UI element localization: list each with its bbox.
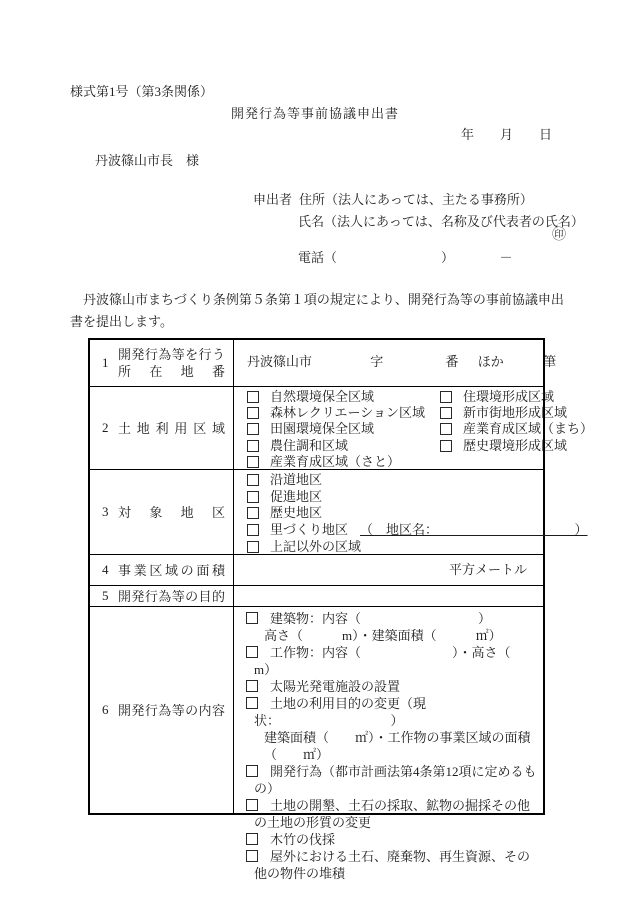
checkbox-option[interactable]: 工作物：内容（ ）・高さ（ m）: [246, 644, 537, 678]
table-row-land-use-zone: 2 土地利用区域 自然環境保全区域 森林レクリエーション区域 田園環境保全区域 …: [90, 386, 543, 469]
checkbox-option[interactable]: 新市街地形成区域: [427, 405, 593, 421]
applicant-phone-line: 電話（ ） －: [298, 250, 513, 266]
table-row-content: 6 開発行為等の内容 建築物：内容（ ） 高さ（ m）・建築面積（ ㎡） 工作物…: [90, 606, 543, 813]
option-label: 里づくり地区: [270, 522, 348, 538]
district-name-blank: （ 地区名： ）: [360, 522, 588, 538]
location-entry: 丹波篠山市 字 番 ほか 筆: [234, 340, 543, 386]
checkbox-option[interactable]: 促進地区: [234, 489, 543, 506]
checkbox-icon[interactable]: [440, 391, 452, 403]
seal-icon: ㊞: [552, 227, 566, 245]
checkbox-option[interactable]: 建築物：内容（ ）: [246, 610, 537, 627]
hoka-label: ほか: [478, 340, 504, 384]
addressee-line: 丹波篠山市長 様: [95, 153, 199, 169]
checkbox-option[interactable]: 沿道地区: [234, 472, 543, 489]
option-label: 開発行為（都市計画法第4条第12項に定めるもの）: [254, 764, 537, 796]
option-label: 木竹の伐採: [270, 832, 335, 847]
row-label: 土地利用区域: [118, 420, 225, 437]
checkbox-icon[interactable]: [247, 524, 259, 536]
option-label: 上記以外の区域: [270, 539, 361, 555]
option-label: 新市街地形成区域: [463, 405, 567, 421]
row-label: 事業区域の面積: [118, 562, 225, 579]
checkbox-option[interactable]: 屋外における土石、廃棄物、再生資源、その他の物件の堆積: [246, 848, 537, 882]
checkbox-icon[interactable]: [246, 646, 258, 658]
checkbox-option[interactable]: 歴史地区: [234, 505, 543, 522]
option-label: 歴史環境形成区域: [463, 438, 567, 454]
option-continuation: 建築面積（ ㎡）・工作物の事業区域の面積（ ㎡）: [246, 729, 537, 763]
checkbox-icon[interactable]: [246, 612, 258, 624]
option-label: 工作物：内容（ ）・高さ（ m）: [254, 645, 550, 677]
checkbox-icon[interactable]: [246, 833, 258, 845]
checkbox-icon[interactable]: [247, 423, 259, 435]
table-row-purpose: 5 開発行為等の目的: [90, 585, 543, 606]
checkbox-icon[interactable]: [246, 765, 258, 777]
page-title: 開発行為等事前協議申出書: [0, 106, 630, 122]
checkbox-option[interactable]: 土地の開墾、土石の採取、鉱物の掘採その他の土地の形質の変更: [246, 797, 537, 831]
checkbox-icon[interactable]: [246, 697, 258, 709]
option-label: 沿道地区: [270, 472, 322, 488]
table-row-target-district: 3 対象地区 沿道地区 促進地区 歴史地区 里づくり地区（ 地区名： ） 上記以…: [90, 469, 543, 554]
checkbox-option[interactable]: 上記以外の区域: [234, 538, 543, 555]
row-label: 開発行為等の内容: [118, 702, 225, 719]
checkbox-option[interactable]: 農住調和区域: [234, 438, 427, 454]
document-page: 様式第1号（第3条関係） 開発行為等事前協議申出書 年 月 日 丹波篠山市長 様…: [0, 0, 630, 915]
checkbox-option[interactable]: 里づくり地区（ 地区名： ）: [234, 522, 543, 539]
intro-text: 丹波篠山市まちづくり条例第５条第１項の規定により、開発行為等の事前協議申出書を提…: [70, 289, 564, 333]
checkbox-option[interactable]: 森林レクリエーション区域: [234, 405, 427, 421]
checkbox-option[interactable]: 田園環境保全区域: [234, 421, 427, 437]
date-line: 年 月 日: [461, 127, 552, 143]
row-number: 1: [102, 355, 118, 371]
purpose-entry: [234, 586, 543, 606]
checkbox-icon[interactable]: [247, 507, 259, 519]
checkbox-option[interactable]: 産業育成区域（まち）: [427, 421, 593, 437]
row-label: 対象地区: [118, 504, 225, 521]
checkbox-option[interactable]: 自然環境保全区域: [234, 389, 427, 405]
option-label: 土地の利用目的の変更（現状： ）: [254, 696, 426, 728]
option-label: 建築物：内容（ ）: [270, 611, 491, 626]
form-number: 様式第1号（第3条関係）: [70, 84, 213, 100]
checkbox-option[interactable]: 住環境形成区域: [427, 389, 593, 405]
checkbox-icon[interactable]: [246, 799, 258, 811]
applicant-name-line: 氏名（法人にあっては、名称及び代表者の氏名）: [298, 214, 584, 230]
applicant-label: 申出者: [253, 192, 292, 207]
checkbox-icon[interactable]: [440, 407, 452, 419]
checkbox-icon[interactable]: [246, 680, 258, 692]
option-label: 農住調和区域: [270, 438, 348, 454]
main-table: 1 開発行為等を行う所在地番 丹波篠山市 字 番 ほか 筆 2 土地利用区域 自…: [88, 338, 545, 815]
option-label: 産業育成区域（さと）: [270, 454, 400, 470]
option-label: 屋外における土石、廃棄物、再生資源、その他の物件の堆積: [254, 849, 530, 881]
row-number: 6: [102, 702, 118, 718]
applicant-address-line: 住所（法人にあっては、主たる事務所）: [299, 192, 533, 207]
aza-label: 字: [370, 340, 383, 384]
table-row-project-area: 4 事業区域の面積 平方メートル: [90, 554, 543, 585]
checkbox-icon[interactable]: [440, 440, 452, 452]
row-label: 開発行為等を行う所在地番: [118, 346, 225, 380]
checkbox-option[interactable]: 産業育成区域（さと）: [234, 454, 427, 470]
option-label: 田園環境保全区域: [270, 421, 374, 437]
option-label: 森林レクリエーション区域: [270, 405, 425, 421]
checkbox-option[interactable]: 木竹の伐採: [246, 831, 537, 848]
option-continuation: 高さ（ m）・建築面積（ ㎡）: [246, 627, 537, 644]
row-label: 開発行為等の目的: [118, 588, 225, 605]
checkbox-icon[interactable]: [440, 423, 452, 435]
option-label: 産業育成区域（まち）: [463, 421, 593, 437]
checkbox-icon[interactable]: [247, 491, 259, 503]
checkbox-icon[interactable]: [247, 440, 259, 452]
applicant-address-row: 申出者住所（法人にあっては、主たる事務所）: [253, 192, 533, 208]
city-name: 丹波篠山市: [247, 340, 312, 384]
table-row-location: 1 開発行為等を行う所在地番 丹波篠山市 字 番 ほか 筆: [90, 340, 543, 386]
area-unit-label: 平方メートル: [449, 562, 527, 578]
row-number: 5: [102, 588, 118, 604]
checkbox-icon[interactable]: [247, 391, 259, 403]
row-number: 3: [102, 504, 118, 520]
option-label: 促進地区: [270, 489, 322, 505]
option-label: 太陽光発電施設の設置: [270, 679, 400, 694]
row-number: 4: [102, 562, 118, 578]
option-label: 住環境形成区域: [463, 389, 554, 405]
ban-label: 番: [446, 340, 459, 384]
checkbox-option[interactable]: 歴史環境形成区域: [427, 438, 593, 454]
checkbox-option[interactable]: 土地の利用目的の変更（現状： ）: [246, 695, 537, 729]
checkbox-icon[interactable]: [247, 407, 259, 419]
checkbox-icon[interactable]: [247, 456, 259, 468]
checkbox-option[interactable]: 太陽光発電施設の設置: [246, 678, 537, 695]
checkbox-icon[interactable]: [247, 474, 259, 486]
checkbox-icon[interactable]: [247, 541, 259, 553]
option-label: 土地の開墾、土石の採取、鉱物の掘採その他の土地の形質の変更: [254, 798, 530, 830]
option-label: 自然環境保全区域: [270, 389, 374, 405]
option-label: 歴史地区: [270, 505, 322, 521]
row-number: 2: [102, 420, 118, 436]
checkbox-option[interactable]: 開発行為（都市計画法第4条第12項に定めるもの）: [246, 763, 537, 797]
hitsu-label: 筆: [543, 340, 556, 384]
checkbox-icon[interactable]: [246, 850, 258, 862]
